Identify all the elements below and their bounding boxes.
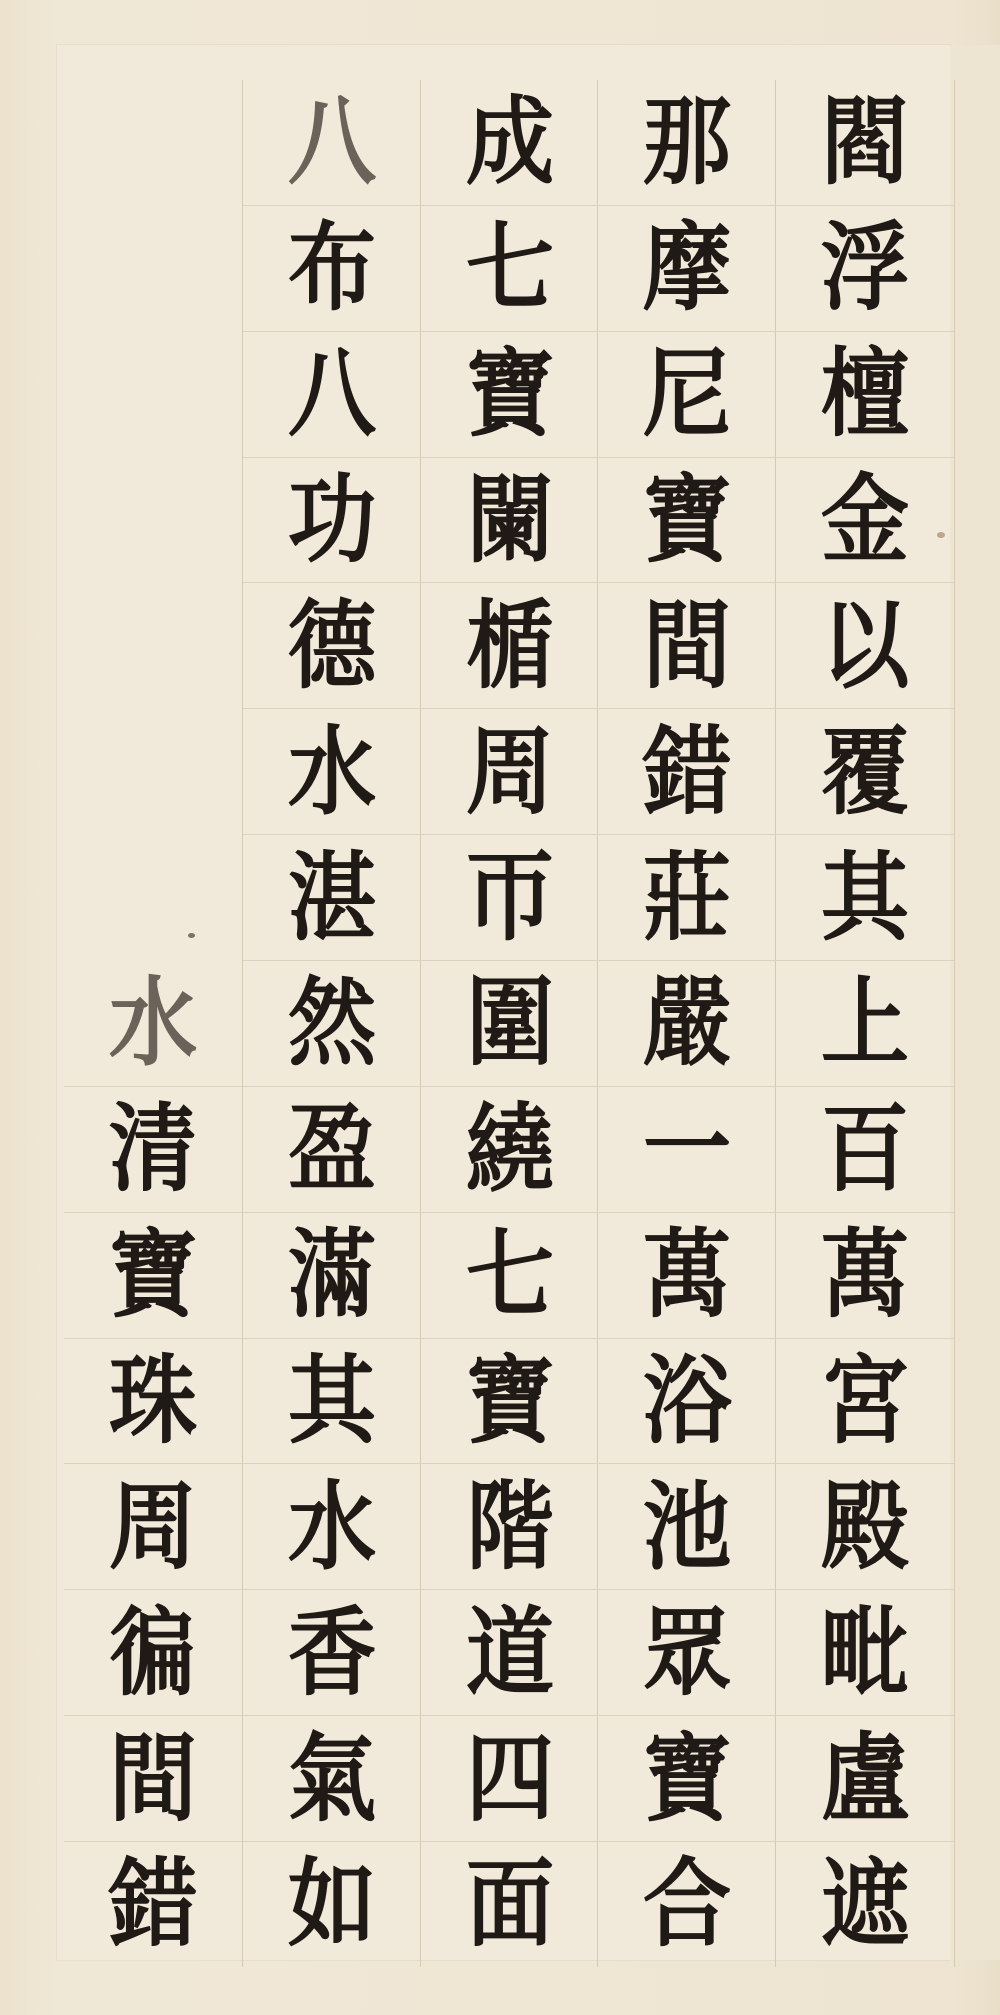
character: 清 bbox=[109, 1101, 197, 1197]
char-cell: 眾 bbox=[598, 1590, 776, 1716]
character: 一 bbox=[643, 1101, 731, 1197]
char-cell: 一 bbox=[598, 1087, 776, 1213]
character: 盈 bbox=[288, 1101, 376, 1197]
char-cell: 盧 bbox=[776, 1716, 954, 1842]
character: 面 bbox=[466, 1856, 554, 1952]
character: 楯 bbox=[466, 598, 554, 694]
char-cell: 面 bbox=[421, 1842, 599, 1967]
char-cell: 上 bbox=[776, 961, 954, 1087]
character: 萬 bbox=[821, 1227, 909, 1323]
character: 宮 bbox=[821, 1353, 909, 1449]
character: 其 bbox=[821, 850, 909, 946]
char-cell: 尼 bbox=[598, 332, 776, 458]
char-cell: 間 bbox=[64, 1716, 242, 1842]
character: 百 bbox=[821, 1101, 909, 1197]
character: 遮 bbox=[821, 1856, 909, 1952]
character: 德 bbox=[288, 598, 376, 694]
char-cell: 寶 bbox=[64, 1213, 242, 1339]
character: 錯 bbox=[643, 724, 731, 820]
char-cell: 莊 bbox=[598, 835, 776, 961]
character: 池 bbox=[643, 1479, 731, 1575]
char-cell: 萬 bbox=[598, 1213, 776, 1339]
char-cell: 寶 bbox=[598, 1716, 776, 1842]
char-cell: 池 bbox=[598, 1464, 776, 1590]
char-cell: 珠 bbox=[64, 1339, 242, 1465]
char-cell: 以 bbox=[776, 583, 954, 709]
char-cell: 清 bbox=[64, 1087, 242, 1213]
character: 布 bbox=[288, 220, 376, 316]
char-cell: 帀 bbox=[421, 835, 599, 961]
char-cell: 閻 bbox=[776, 80, 954, 206]
character: 錯 bbox=[109, 1856, 197, 1952]
text-column-1: 閻 浮 檀 金 以 覆 其 上 百 萬 宮 殿 毗 盧 遮 bbox=[775, 80, 955, 1967]
char-cell: 道 bbox=[421, 1590, 599, 1716]
character: 成 bbox=[466, 94, 554, 190]
character: 合 bbox=[643, 1856, 731, 1952]
character: 寶 bbox=[109, 1227, 197, 1323]
char-cell: 七 bbox=[421, 206, 599, 332]
character: 闌 bbox=[466, 472, 554, 568]
character: 閻 bbox=[821, 94, 909, 190]
char-cell: 階 bbox=[421, 1464, 599, 1590]
char-cell: 成 bbox=[421, 80, 599, 206]
char-cell: 四 bbox=[421, 1716, 599, 1842]
character: 帀 bbox=[466, 850, 554, 946]
char-cell: 寶 bbox=[421, 1339, 599, 1465]
char-cell: 盈 bbox=[243, 1087, 421, 1213]
character: 周 bbox=[466, 724, 554, 820]
char-cell: 那 bbox=[598, 80, 776, 206]
char-cell: 其 bbox=[243, 1339, 421, 1465]
char-cell: 楯 bbox=[421, 583, 599, 709]
char-cell: 浴 bbox=[598, 1339, 776, 1465]
character: 氣 bbox=[288, 1731, 376, 1827]
char-cell: 八 bbox=[243, 80, 421, 206]
char-cell: 徧 bbox=[64, 1590, 242, 1716]
char-cell: 毗 bbox=[776, 1590, 954, 1716]
character: 徧 bbox=[109, 1605, 197, 1701]
character: 檀 bbox=[821, 346, 909, 442]
char-cell: 間 bbox=[598, 583, 776, 709]
text-column-2: 那 摩 尼 寶 間 錯 莊 嚴 一 萬 浴 池 眾 寶 合 bbox=[597, 80, 776, 1967]
character: 寶 bbox=[466, 346, 554, 442]
character: 浴 bbox=[643, 1353, 731, 1449]
character: 七 bbox=[466, 220, 554, 316]
character: 繞 bbox=[466, 1101, 554, 1197]
character: 上 bbox=[821, 975, 909, 1071]
char-cell: 闌 bbox=[421, 458, 599, 584]
char-cell: 殿 bbox=[776, 1464, 954, 1590]
char-cell: 布 bbox=[243, 206, 421, 332]
char-cell: 寶 bbox=[421, 332, 599, 458]
char-cell: 八 bbox=[243, 332, 421, 458]
mount-edge bbox=[950, 45, 1000, 1960]
character: 水 bbox=[288, 1479, 376, 1575]
character: 寶 bbox=[643, 472, 731, 568]
character: 水 bbox=[109, 975, 197, 1071]
character: 嚴 bbox=[643, 975, 731, 1071]
char-cell: 氣 bbox=[243, 1716, 421, 1842]
char-cell: 周 bbox=[64, 1464, 242, 1590]
char-cell: 萬 bbox=[776, 1213, 954, 1339]
character: 如 bbox=[288, 1856, 376, 1952]
character: 尼 bbox=[643, 346, 731, 442]
character: 珠 bbox=[109, 1353, 197, 1449]
char-cell: 水 bbox=[243, 1464, 421, 1590]
char-cell: 湛 bbox=[243, 835, 421, 961]
char-cell: 滿 bbox=[243, 1213, 421, 1339]
char-cell: 宮 bbox=[776, 1339, 954, 1465]
char-cell: 功 bbox=[243, 458, 421, 584]
char-cell: 遮 bbox=[776, 1842, 954, 1967]
character: 其 bbox=[288, 1353, 376, 1449]
text-column-4: 八 布 八 功 德 水 湛 然 盈 滿 其 水 香 氣 如 bbox=[242, 80, 421, 1967]
character: 盧 bbox=[821, 1731, 909, 1827]
char-cell: 德 bbox=[243, 583, 421, 709]
char-cell bbox=[64, 206, 242, 332]
character: 然 bbox=[288, 975, 376, 1071]
character: 萬 bbox=[643, 1227, 731, 1323]
character: 莊 bbox=[643, 850, 731, 946]
character: 摩 bbox=[643, 220, 731, 316]
char-cell: 摩 bbox=[598, 206, 776, 332]
char-cell bbox=[64, 709, 242, 835]
character: 八 bbox=[288, 94, 376, 190]
character: 寶 bbox=[466, 1353, 554, 1449]
character: 滿 bbox=[288, 1227, 376, 1323]
character: 圍 bbox=[466, 975, 554, 1071]
char-cell bbox=[64, 332, 242, 458]
char-cell bbox=[64, 458, 242, 584]
char-cell: 百 bbox=[776, 1087, 954, 1213]
character: 金 bbox=[821, 472, 909, 568]
character: 七 bbox=[466, 1227, 554, 1323]
char-cell bbox=[64, 583, 242, 709]
char-cell: 然 bbox=[243, 961, 421, 1087]
text-column-3: 成 七 寶 闌 楯 周 帀 圍 繞 七 寶 階 道 四 面 bbox=[420, 80, 599, 1967]
char-cell: 其 bbox=[776, 835, 954, 961]
character: 階 bbox=[466, 1479, 554, 1575]
char-cell: 錯 bbox=[598, 709, 776, 835]
char-cell: 繞 bbox=[421, 1087, 599, 1213]
character: 寶 bbox=[643, 1731, 731, 1827]
char-cell: 周 bbox=[421, 709, 599, 835]
char-cell: 覆 bbox=[776, 709, 954, 835]
char-cell: 金 bbox=[776, 458, 954, 584]
character: 四 bbox=[466, 1731, 554, 1827]
character: 殿 bbox=[821, 1479, 909, 1575]
char-cell: 水 bbox=[243, 709, 421, 835]
character: 湛 bbox=[288, 850, 376, 946]
char-cell bbox=[64, 80, 242, 206]
character: 香 bbox=[288, 1605, 376, 1701]
character: 道 bbox=[466, 1605, 554, 1701]
char-cell: 檀 bbox=[776, 332, 954, 458]
character: 周 bbox=[109, 1479, 197, 1575]
char-cell: 寶 bbox=[598, 458, 776, 584]
character: 眾 bbox=[643, 1605, 731, 1701]
char-cell: 圍 bbox=[421, 961, 599, 1087]
character: 間 bbox=[643, 598, 731, 694]
character: 功 bbox=[288, 472, 376, 568]
character: 毗 bbox=[821, 1605, 909, 1701]
char-cell: 嚴 bbox=[598, 961, 776, 1087]
char-cell: 七 bbox=[421, 1213, 599, 1339]
char-cell: 浮 bbox=[776, 206, 954, 332]
char-cell: 水 bbox=[64, 961, 242, 1087]
character: 浮 bbox=[821, 220, 909, 316]
character: 覆 bbox=[821, 724, 909, 820]
char-cell: 錯 bbox=[64, 1842, 242, 1967]
character: 那 bbox=[643, 94, 731, 190]
char-cell: 香 bbox=[243, 1590, 421, 1716]
character: 間 bbox=[109, 1731, 197, 1827]
character: 以 bbox=[821, 598, 909, 694]
char-cell bbox=[64, 835, 242, 961]
character: 八 bbox=[288, 346, 376, 442]
text-column-5: 水 清 寶 珠 周 徧 間 錯 bbox=[64, 80, 242, 1967]
char-cell: 如 bbox=[243, 1842, 421, 1967]
character: 水 bbox=[288, 724, 376, 820]
char-cell: 合 bbox=[598, 1842, 776, 1967]
